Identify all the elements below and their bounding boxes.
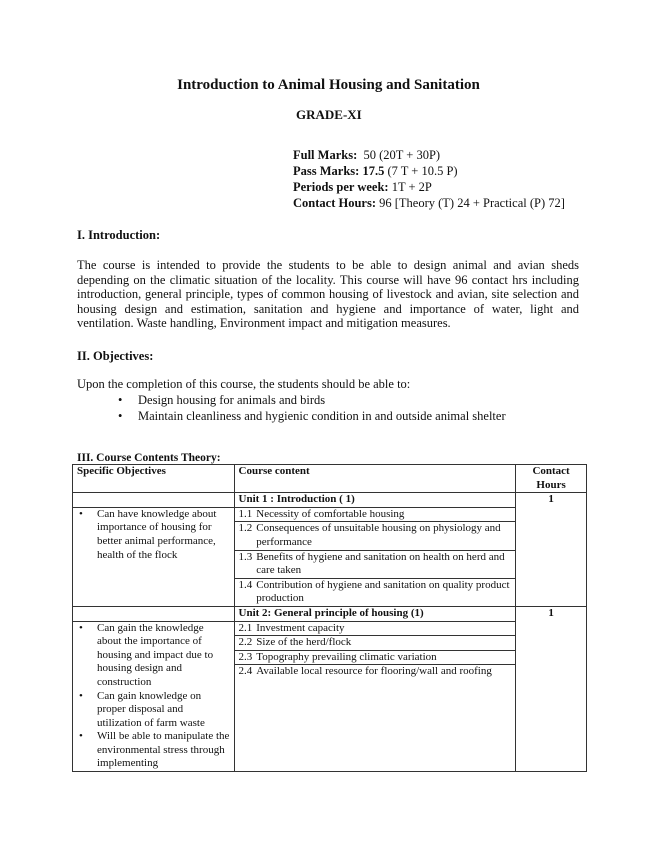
unit-title: Unit 1 : Introduction ( 1) [234,493,516,508]
col-header-content: Course content [234,465,516,493]
topic-text: Investment capacity [256,622,344,636]
topic-text: Benefits of hygiene and sanitation on he… [256,551,511,578]
topic-text: Contribution of hygiene and sanitation o… [256,579,511,606]
objectives-intro: Upon the completion of this course, the … [77,377,410,392]
pass-marks-label: Pass Marks: [293,164,359,178]
topic-text: Consequences of unsuitable housing on ph… [256,522,511,549]
topic-text: Topography prevailing climatic variation [256,651,436,665]
table-header-row: Specific Objectives Course content Conta… [73,465,587,493]
unit-hours: 1 [516,606,587,771]
topic: 2.2Size of the herd/flock [235,636,516,651]
topic: 1.4Contribution of hygiene and sanitatio… [234,578,516,606]
pass-marks-value: (7 T + 10.5 P) [384,164,457,178]
topic: 1.2Consequences of unsuitable housing on… [234,522,516,550]
table-row: Can gain the knowledge about the importa… [73,621,587,772]
contact-hours-value: 96 [Theory (T) 24 + Practical (P) 72] [376,196,565,210]
topic: 1.1Necessity of comfortable housing [234,507,516,522]
topic-number: 1.2 [239,522,253,549]
topic: 1.3Benefits of hygiene and sanitation on… [234,550,516,578]
contact-hours: Contact Hours: 96 [Theory (T) 24 + Pract… [293,195,565,211]
unit-topics: 2.1Investment capacity 2.2Size of the he… [234,621,516,772]
marks-block: Full Marks: 50 (20T + 30P) Pass Marks: 1… [293,147,565,211]
course-contents-table: Specific Objectives Course content Conta… [72,464,587,772]
periods-label: Periods per week: [293,180,389,194]
topic-number: 1.1 [239,508,253,522]
introduction-text: The course is intended to provide the st… [77,258,579,331]
objective-bullet: Will be able to manipulate the environme… [77,730,230,771]
topic: 2.3Topography prevailing climatic variat… [235,651,516,666]
empty-cell [73,493,235,508]
table-row: Unit 1 : Introduction ( 1) 1 [73,493,587,508]
topic: 2.1Investment capacity [235,622,516,637]
unit-hours: 1 [516,493,587,607]
pass-marks-bold-value: 17.5 [359,164,384,178]
objective-text: Maintain cleanliness and hygienic condit… [138,409,506,424]
empty-cell [73,606,235,621]
periods-per-week: Periods per week: 1T + 2P [293,179,565,195]
topic-text: Size of the herd/flock [256,636,351,650]
topic-number: 2.4 [239,665,253,679]
objective-bullet: Can have knowledge about importance of h… [77,508,230,562]
document-title: Introduction to Animal Housing and Sanit… [0,77,657,94]
topic-number: 2.3 [239,651,253,665]
introduction-heading: I. Introduction: [77,228,160,243]
topic-text: Necessity of comfortable housing [256,508,404,522]
full-marks-label: Full Marks: [293,148,357,162]
grade-label: GRADE-XI [296,107,362,123]
topic-number: 2.2 [239,636,253,650]
objectives-heading: II. Objectives: [77,349,153,364]
unit-title: Unit 2: General principle of housing (1) [234,606,516,621]
topic-number: 2.1 [239,622,253,636]
topic-number: 1.4 [239,579,253,606]
objective-bullet: Can gain the knowledge about the importa… [77,622,230,690]
topic: 2.4Available local resource for flooring… [235,665,516,679]
topic-text: Available local resource for flooring/wa… [256,665,492,679]
objective-text: Design housing for animals and birds [138,393,325,408]
course-contents-heading: III. Course Contents Theory: [77,452,221,464]
contact-hours-label: Contact Hours: [293,196,376,210]
bullet-icon: • [118,393,122,408]
bullet-icon: • [118,409,122,424]
col-header-hours: Contact Hours [516,465,587,493]
unit-objectives: Can have knowledge about importance of h… [73,507,235,606]
topic-number: 1.3 [239,551,253,578]
full-marks-value: 50 (20T + 30P) [357,148,440,162]
objective-bullet: Can gain knowledge on proper disposal an… [77,690,230,731]
col-header-objectives: Specific Objectives [73,465,235,493]
table-row: Unit 2: General principle of housing (1)… [73,606,587,621]
table-row: Can have knowledge about importance of h… [73,507,587,522]
full-marks: Full Marks: 50 (20T + 30P) [293,147,565,163]
periods-value: 1T + 2P [389,180,432,194]
unit-objectives: Can gain the knowledge about the importa… [73,621,235,772]
pass-marks: Pass Marks: 17.5 (7 T + 10.5 P) [293,163,565,179]
